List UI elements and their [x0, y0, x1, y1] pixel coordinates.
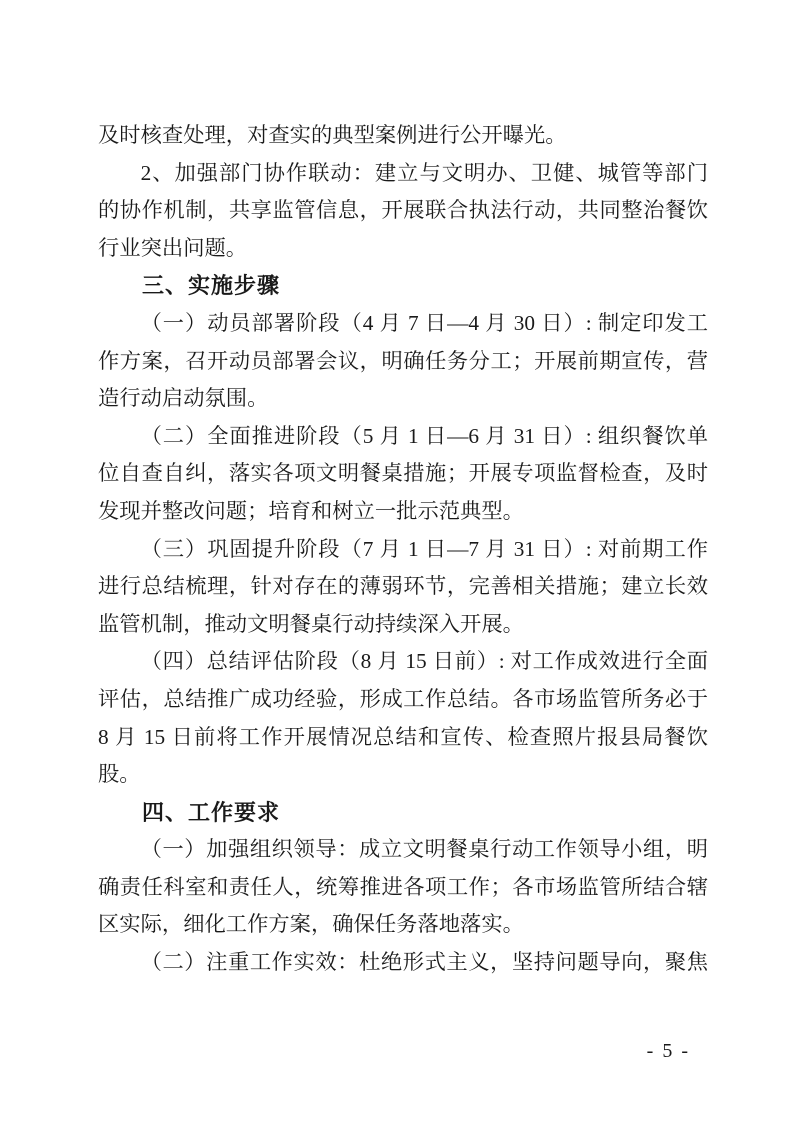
text-line: （一）动员部署阶段（4 月 7 日—4 月 30 日）: 制定印发工 [98, 305, 708, 343]
section-heading: 三、实施步骤 [98, 267, 708, 305]
text-line: 股。 [98, 756, 708, 794]
text-line: 2、加强部门协作联动：建立与文明办、卫健、城管等部门 [98, 155, 708, 193]
text-line: （四）总结评估阶段（8 月 15 日前）: 对工作成效进行全面 [98, 643, 708, 681]
text-line: 进行总结梳理，针对存在的薄弱环节，完善相关措施；建立长效 [98, 568, 708, 606]
text-line: （三）巩固提升阶段（7 月 1 日—7 月 31 日）: 对前期工作 [98, 531, 708, 569]
text-line: 监管机制，推动文明餐桌行动持续深入开展。 [98, 606, 708, 644]
text-line: 造行动启动氛围。 [98, 380, 708, 418]
text-line: 作方案，召开动员部署会议，明确任务分工；开展前期宣传，营 [98, 343, 708, 381]
text-line: 位自查自纠，落实各项文明餐桌措施；开展专项监督检查，及时 [98, 455, 708, 493]
text-line: （二）全面推进阶段（5 月 1 日—6 月 31 日）: 组织餐饮单 [98, 418, 708, 456]
text-line: 及时核查处理，对查实的典型案例进行公开曝光。 [98, 117, 708, 155]
document-page: 及时核查处理，对查实的典型案例进行公开曝光。2、加强部门协作联动：建立与文明办、… [0, 0, 793, 1122]
text-line: （一）加强组织领导：成立文明餐桌行动工作领导小组，明 [98, 831, 708, 869]
text-line: 的协作机制，共享监管信息，开展联合执法行动，共同整治餐饮 [98, 192, 708, 230]
document-body: 及时核查处理，对查实的典型案例进行公开曝光。2、加强部门协作联动：建立与文明办、… [98, 117, 708, 982]
page-number: - 5 - [647, 1040, 690, 1063]
text-line: 发现并整改问题；培育和树立一批示范典型。 [98, 493, 708, 531]
section-heading: 四、工作要求 [98, 794, 708, 832]
text-line: （二）注重工作实效：杜绝形式主义，坚持问题导向，聚焦 [98, 944, 708, 982]
text-line: 确责任科室和责任人，统筹推进各项工作；各市场监管所结合辖 [98, 869, 708, 907]
text-line: 8 月 15 日前将工作开展情况总结和宣传、检查照片报县局餐饮 [98, 719, 708, 757]
text-line: 评估，总结推广成功经验，形成工作总结。各市场监管所务必于 [98, 681, 708, 719]
text-line: 行业突出问题。 [98, 230, 708, 268]
text-line: 区实际，细化工作方案，确保任务落地落实。 [98, 906, 708, 944]
